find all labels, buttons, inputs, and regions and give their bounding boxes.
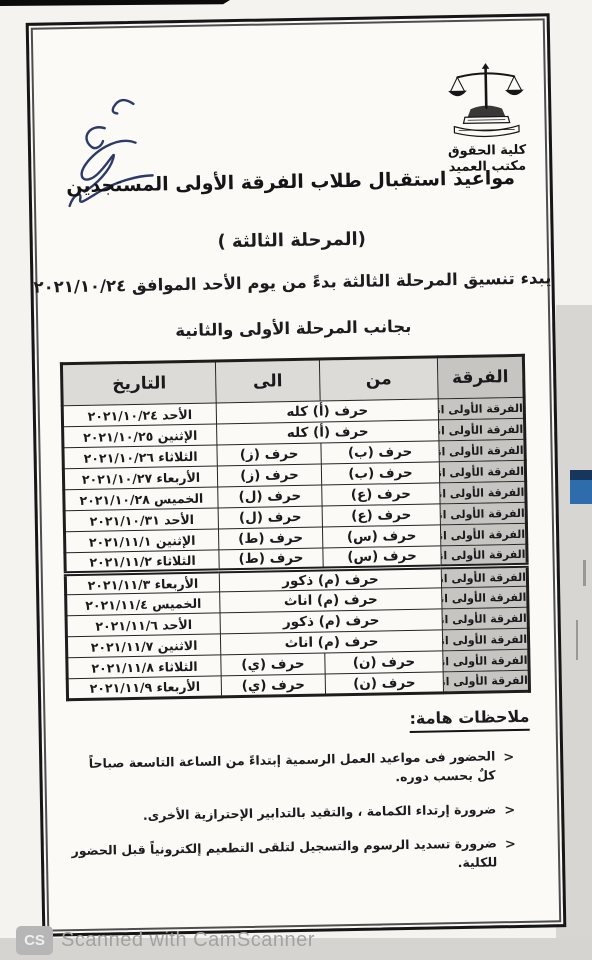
from-cell: حرف (ع)	[322, 483, 440, 506]
from-cell: حرف (س)	[322, 525, 440, 548]
date-cell: الأربعاء ٢٠٢١/١١/٩	[67, 676, 221, 700]
group-cell: الفرقة الأولى انتساب	[443, 670, 529, 693]
adjacent-page-smudge	[583, 560, 586, 586]
schedule-table: الفرقة من الى التاريخ الفرقة الأولى انتظ…	[60, 354, 531, 701]
notes-section: ملاحظات هامة: < الحضور فى مواعيد العمل ا…	[41, 706, 562, 880]
group-cell: الفرقة الأولى انتساب	[441, 544, 527, 567]
note-text: ضرورة تسديد الرسوم والتسجيل لتلقى التطعي…	[70, 834, 498, 879]
to-cell: حرف (ي)	[221, 653, 325, 676]
group-cell: الفرقة الأولى انتظام	[441, 565, 527, 588]
group-cell: الفرقة الأولى انتظام	[442, 586, 528, 609]
from-cell: حرف (ع)	[322, 504, 440, 527]
from-cell: حرف (ب)	[321, 441, 439, 464]
to-cell: حرف (ل)	[218, 485, 322, 508]
date-cell: الثلاثاء ٢٠٢١/١٠/٢٦	[63, 445, 217, 469]
note-text: الحضور فى مواعيد العمل الرسمية إبتداءً م…	[68, 747, 496, 792]
adjacent-page-blue-mark	[570, 470, 592, 504]
camscanner-badge-icon: CS	[16, 926, 53, 955]
notes-list: < الحضور فى مواعيد العمل الرسمية إبتداءً…	[68, 747, 532, 880]
from-cell: حرف (ن)	[325, 651, 443, 674]
arrow-bullet-icon: <	[505, 835, 516, 855]
schedule-table-body: الفرقة الأولى انتظامحرف (أ) كلهالأحد ٢٠٢…	[62, 397, 529, 699]
date-cell: الأحد ٢٠٢١/١٠/٢٤	[62, 403, 216, 427]
date-cell: الأربعاء ٢٠٢١/١١/٣	[65, 571, 219, 595]
note-item: < ضرورة إرتداء الكمامة ، والتقيد بالتداب…	[69, 799, 531, 827]
scanned-document: كلية الحقوق مكتب العميد مواعيد استقبال ط…	[0, 0, 592, 960]
to-cell: حرف (ز)	[217, 443, 321, 466]
group-cell: الفرقة الأولى انتظام	[440, 481, 526, 504]
stage-subtitle: (المرحلة الثالثة )	[33, 225, 551, 255]
group-cell: الفرقة الأولى انتظام	[439, 439, 525, 462]
header-group: الفرقة	[437, 355, 524, 399]
adjacent-page-smudge	[576, 620, 578, 660]
header-to: الى	[215, 359, 320, 403]
to-cell: حرف (ط)	[218, 527, 322, 550]
note-text: ضرورة إرتداء الكمامة ، والتقيد بالتدابير…	[143, 800, 497, 825]
group-cell: الفرقة الأولى انتساب	[439, 460, 525, 483]
arrow-bullet-icon: <	[503, 748, 514, 768]
to-cell: حرف (ز)	[217, 464, 321, 487]
scan-edge-artifact	[0, 0, 230, 6]
group-cell: الفرقة الأولى انتساب	[440, 502, 526, 525]
group-cell: الفرقة الأولى انتظام	[440, 523, 526, 546]
group-cell: الفرقة الأولى انتظام	[438, 397, 524, 420]
date-cell: الخميس ٢٠٢١/١١/٤	[66, 592, 220, 616]
camscanner-watermark: CS Scanned with CamScanner	[16, 920, 315, 960]
date-cell: الإثنين ٢٠٢١/١٠/٢٥	[63, 424, 217, 448]
date-cell: الأحد ٢٠٢١/١٠/٣١	[64, 508, 218, 532]
date-cell: الأربعاء ٢٠٢١/١٠/٢٧	[63, 466, 217, 490]
group-cell: الفرقة الأولى انتساب	[442, 607, 528, 630]
group-cell: الفرقة الأولى انتساب	[439, 418, 525, 441]
arrow-bullet-icon: <	[504, 801, 515, 821]
from-cell: حرف (ب)	[321, 462, 439, 485]
header-from: من	[319, 357, 438, 401]
date-cell: الثلاثاء ٢٠٢١/١١/٨	[67, 655, 221, 679]
document-page: كلية الحقوق مكتب العميد مواعيد استقبال ط…	[26, 13, 567, 936]
note-item: < الحضور فى مواعيد العمل الرسمية إبتداءً…	[68, 747, 531, 793]
camscanner-text: Scanned with CamScanner	[61, 929, 315, 952]
group-cell: الفرقة الأولى انتساب	[442, 628, 528, 651]
to-cell: حرف (ط)	[219, 548, 323, 571]
page-title: مواعيد استقبال طلاب الفرقة الأولى المستج…	[31, 166, 549, 197]
from-cell: حرف (س)	[323, 546, 441, 569]
notes-heading: ملاحظات هامة:	[409, 707, 529, 733]
header-date: التاريخ	[61, 361, 216, 406]
intro-line: يبدء تنسيق المرحلة الثالثة بدءً من يوم ا…	[33, 268, 551, 296]
note-item: < ضرورة تسديد الرسوم والتسجيل لتلقى التط…	[70, 834, 533, 880]
date-cell: الاثنين ٢٠٢١/١١/٧	[66, 634, 220, 658]
to-cell: حرف (ل)	[218, 506, 322, 529]
date-cell: الأحد ٢٠٢١/١١/٦	[66, 613, 220, 637]
date-cell: الخميس ٢٠٢١/١٠/٢٨	[64, 487, 218, 511]
date-cell: الثلاثاء ٢٠٢١/١١/٢	[65, 550, 219, 574]
date-cell: الإثنين ٢٠٢١/١١/١	[65, 529, 219, 553]
schedule-table-wrap: الفرقة من الى التاريخ الفرقة الأولى انتظ…	[63, 354, 531, 701]
to-cell: حرف (ي)	[221, 674, 325, 697]
intro-line-2: بجانب المرحلة الأولى والثانية	[34, 314, 552, 342]
page-content: مواعيد استقبال طلاب الفرقة الأولى المستج…	[29, 16, 564, 933]
group-cell: الفرقة الأولى انتظام	[443, 649, 529, 672]
from-cell: حرف (ن)	[325, 672, 443, 695]
